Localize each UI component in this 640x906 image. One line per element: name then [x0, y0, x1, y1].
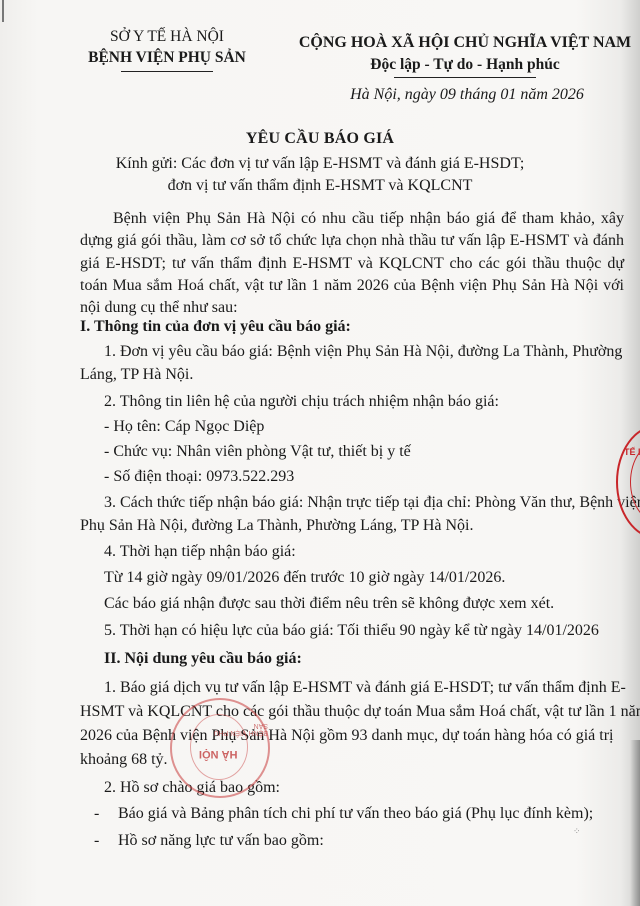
national-title: CỘNG HOÀ XÃ HỘI CHỦ NGHĨA VIỆT NAM	[290, 32, 640, 54]
contact-position: - Chức vụ: Nhân viên phòng Vật tư, thiết…	[104, 443, 411, 461]
s1-item4: 4. Thời hạn tiếp nhận báo giá:	[104, 543, 296, 561]
section-2-heading: II. Nội dung yêu cầu báo giá:	[104, 650, 302, 668]
issuer-department: SỞ Y TẾ HÀ NỘI	[64, 26, 270, 47]
faded-seal-stamp: BỆNH VIỆN PHỤ SẢN HÀ NỘI	[170, 698, 270, 798]
s1-item1-line2: Láng, TP Hà Nội.	[80, 366, 193, 384]
s2-item1-line3: 2026 của Bệnh viện Phụ Sản Hà Nội gồm 93…	[80, 727, 613, 745]
contact-name: - Họ tên: Cáp Ngọc Diệp	[104, 418, 264, 436]
s1-item3-line1: 3. Cách thức tiếp nhận báo giá: Nhận trự…	[104, 494, 640, 512]
bullet-dash: -	[94, 832, 99, 850]
document-page: SỞ Y TẾ HÀ NỘI BỆNH VIỆN PHỤ SẢN CỘNG HO…	[0, 0, 640, 906]
seal-top-text: BỆNH VIỆN PHỤ SẢN	[200, 722, 268, 736]
recipient-line-2: đơn vị tư vấn thẩm định E-HSMT và KQLCNT	[0, 177, 640, 195]
document-date: Hà Nội, ngày 09 tháng 01 năm 2026	[294, 86, 640, 104]
seal-center-text: HÀ NỘI	[199, 748, 238, 760]
s1-item2: 2. Thông tin liên hệ của người chịu trác…	[104, 393, 499, 411]
contact-phone: - Số điện thoại: 0973.522.293	[104, 468, 294, 486]
motto-underline	[394, 77, 536, 78]
bullet-dash: -	[94, 805, 99, 823]
intro-paragraph: Bệnh viện Phụ Sản Hà Nội có nhu cầu tiếp…	[80, 208, 624, 319]
s1-item4-note: Các báo giá nhận được sau thời điểm nêu …	[104, 595, 554, 613]
s2-bullet-1: Báo giá và Bảng phân tích chi phí tư vấn…	[118, 805, 593, 823]
s1-item3-line2: Phụ Sản Hà Nội, đường La Thành, Phường L…	[80, 517, 474, 535]
document-title: YÊU CẦU BÁO GIÁ	[0, 130, 640, 148]
s2-bullet-2: Hồ sơ năng lực tư vấn bao gồm:	[118, 832, 324, 850]
section-1-heading: I. Thông tin của đơn vị yêu cầu báo giá:	[80, 318, 351, 336]
s2-item1-line4: khoảng 68 tỷ.	[80, 751, 168, 769]
issuer-organization: BỆNH VIỆN PHỤ SẢN	[64, 47, 270, 68]
national-header: CỘNG HOÀ XÃ HỘI CHỦ NGHĨA VIỆT NAM Độc l…	[290, 32, 640, 78]
s2-item1-line2: HSMT và KQLCNT cho các gói thầu thuộc dự…	[80, 703, 640, 721]
scan-edge-mark	[2, 0, 4, 22]
issuer-underline	[121, 71, 213, 72]
s2-item1-line1: 1. Báo giá dịch vụ tư vấn lập E-HSMT và …	[104, 679, 626, 697]
national-motto: Độc lập - Tự do - Hạnh phúc	[290, 54, 640, 76]
s1-item5: 5. Thời hạn có hiệu lực của báo giá: Tối…	[104, 622, 599, 640]
recipient-line-1: Kính gửi: Các đơn vị tư vấn lập E-HSMT v…	[0, 155, 640, 173]
red-seal-stamp: TẾ IN BI	[616, 425, 640, 539]
seal-text: TẾ IN BI	[624, 445, 640, 459]
issuer-block: SỞ Y TẾ HÀ NỘI BỆNH VIỆN PHỤ SẢN	[64, 26, 270, 72]
scan-speck: ⁘	[573, 826, 581, 837]
s1-item1-line1: 1. Đơn vị yêu cầu báo giá: Bệnh viện Phụ…	[104, 343, 622, 361]
scan-shadow	[630, 740, 640, 906]
s1-item4-period: Từ 14 giờ ngày 09/01/2026 đến trước 10 g…	[104, 569, 505, 587]
